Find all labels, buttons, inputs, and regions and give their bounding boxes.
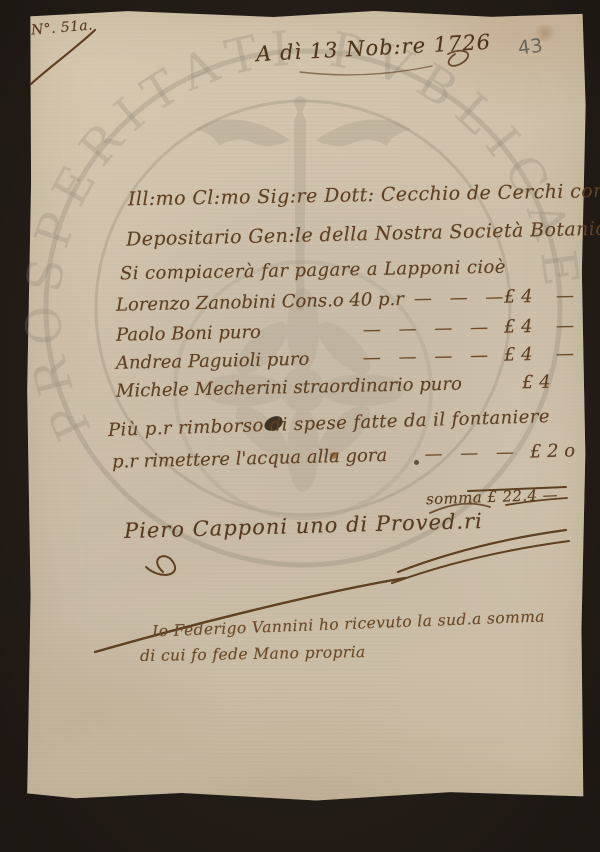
amount: £ 4 [504, 344, 550, 366]
leader-dashes: — — — — [309, 345, 504, 370]
trailing-dash: — [550, 315, 574, 336]
amount: £ 2 o [530, 440, 576, 462]
paper-sheet [25, 9, 587, 802]
amount: £ 4 [504, 286, 550, 308]
photographed-manuscript: PROSPERITATI PVBLICAE [0, 0, 600, 852]
trailing-dash: — [550, 285, 574, 306]
amount: £ 4 [522, 371, 568, 393]
payee-name: Paolo Boni puro [116, 322, 261, 346]
folio-number: 43 [517, 35, 544, 60]
leader-dashes: — — — [387, 441, 530, 465]
trailing-dash: — [550, 343, 574, 364]
amount: £ 4 [504, 316, 550, 338]
payee-name: Andrea Paguioli puro [116, 349, 310, 374]
leader-dashes: — — — [404, 287, 505, 310]
leader-dashes [462, 388, 522, 389]
